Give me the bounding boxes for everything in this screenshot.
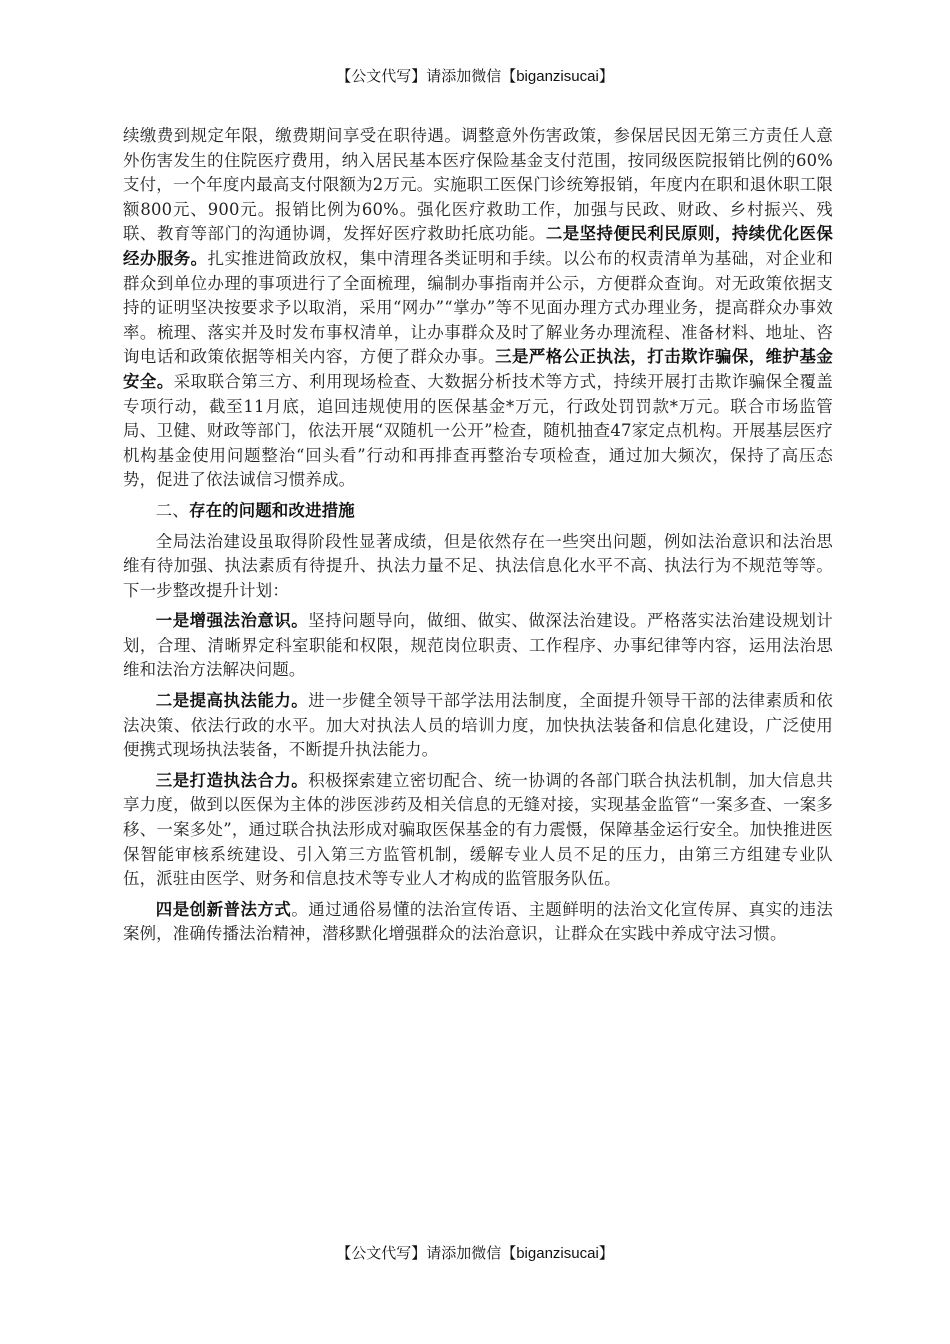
heading-title: 存在的问题和改进措施 bbox=[189, 501, 355, 520]
measure-item-1: 一是增强法治意识。坚持问题导向，做细、做实、做深法治建设。严格落实法治建设规划计… bbox=[123, 609, 833, 683]
page-footer-watermark: 【公文代写】请添加微信【biganzisucai】 bbox=[0, 1242, 950, 1263]
measure-title: 二是提高执法能力。 bbox=[156, 691, 308, 710]
section-heading: 二、存在的问题和改进措施 bbox=[123, 499, 833, 524]
measure-title: 三是打造执法合力。 bbox=[156, 771, 308, 790]
measure-item-2: 二是提高执法能力。进一步健全领导干部学法用法制度，全面提升领导干部的法律素质和依… bbox=[123, 689, 833, 763]
page-header-watermark: 【公文代写】请添加微信【biganzisucai】 bbox=[0, 65, 950, 86]
paragraph-text: 采取联合第三方、利用现场检查、大数据分析技术等方式，持续开展打击欺诈骗保全覆盖专… bbox=[123, 372, 833, 489]
measure-title: 四是创新普法方式 bbox=[156, 900, 292, 919]
heading-number: 二、 bbox=[156, 501, 189, 520]
document-body: 续缴费到规定年限，缴费期间享受在职待遇。调整意外伤害政策，参保居民因无第三方责任… bbox=[123, 124, 833, 947]
measure-title: 一是增强法治意识。 bbox=[156, 611, 308, 630]
measure-item-3: 三是打造执法合力。积极探索建立密切配合、统一协调的各部门联合执法机制，加大信息共… bbox=[123, 769, 833, 892]
section-intro: 全局法治建设虽取得阶段性显著成绩，但是依然存在一些突出问题，例如法治意识和法治思… bbox=[123, 530, 833, 604]
paragraph-continued: 续缴费到规定年限，缴费期间享受在职待遇。调整意外伤害政策，参保居民因无第三方责任… bbox=[123, 124, 833, 493]
measure-item-4: 四是创新普法方式。通过通俗易懂的法治宣传语、主题鲜明的法治文化宣传屏、真实的违法… bbox=[123, 898, 833, 947]
